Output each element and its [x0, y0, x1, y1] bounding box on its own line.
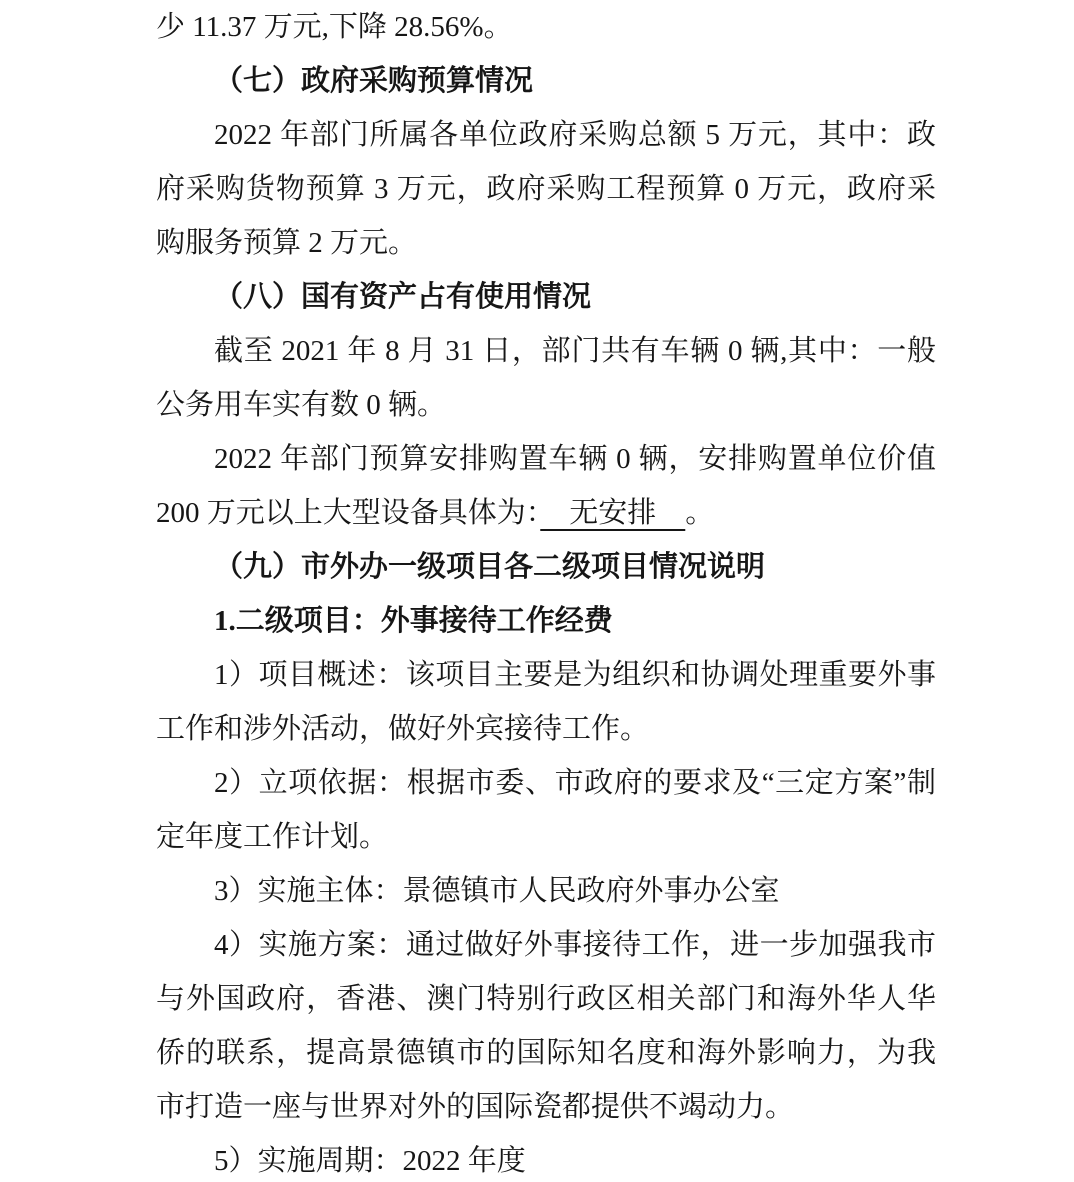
paragraph-equipment: 2022 年部门预算安排购置车辆 0 辆，安排购置单位价值 200 万元以上大型… [156, 432, 936, 540]
document-page: 少 11.37 万元,下降 28.56%。 （七）政府采购预算情况 2022 年… [156, 0, 936, 1182]
paragraph-item-2-basis: 2）立项依据：根据市委、市政府的要求及“三定方案”制定年度工作计划。 [156, 756, 936, 864]
paragraph-item-4-plan: 4）实施方案：通过做好外事接待工作，进一步加强我市与外国政府，香港、澳门特别行政… [156, 918, 936, 1134]
section-heading-7: （七）政府采购预算情况 [156, 54, 936, 108]
section-heading-9: （九）市外办一级项目各二级项目情况说明 [156, 540, 936, 594]
text-segment-after: 。 [685, 497, 714, 529]
paragraph-continuation: 少 11.37 万元,下降 28.56%。 [156, 0, 936, 54]
paragraph-item-1-overview: 1）项目概述：该项目主要是为组织和协调处理重要外事工作和涉外活动，做好外宾接待工… [156, 648, 936, 756]
section-heading-8: （八）国有资产占有使用情况 [156, 270, 936, 324]
underlined-no-arrangement: 无安排 [540, 497, 685, 529]
paragraph-item-3-subject: 3）实施主体：景德镇市人民政府外事办公室 [156, 864, 936, 918]
paragraph-vehicles: 截至 2021 年 8 月 31 日，部门共有车辆 0 辆,其中：一般公务用车实… [156, 324, 936, 432]
paragraph-item-5-period: 5）实施周期：2022 年度 [156, 1134, 936, 1182]
subheading-secondary-project: 1.二级项目：外事接待工作经费 [156, 594, 936, 648]
paragraph-procurement-budget: 2022 年部门所属各单位政府采购总额 5 万元，其中：政府采购货物预算 3 万… [156, 108, 936, 270]
